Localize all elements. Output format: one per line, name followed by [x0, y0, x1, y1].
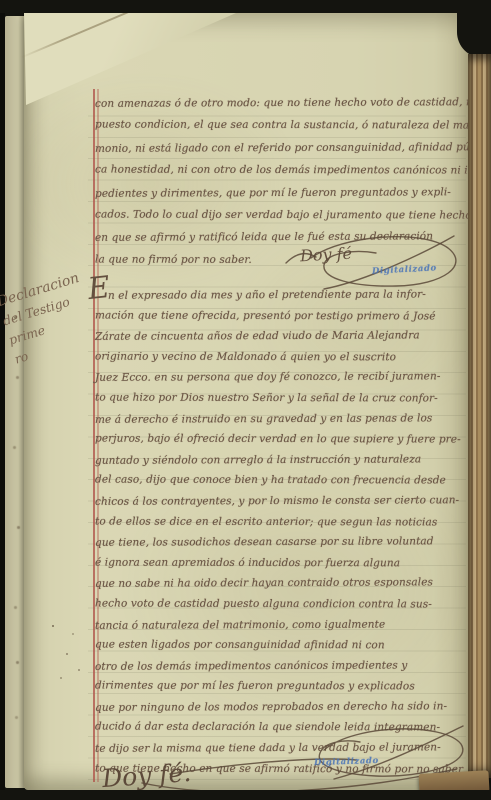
manuscript-line: to que hizo por Dios nuestro Señor y la …: [95, 391, 469, 413]
folded-corner: [24, 13, 236, 105]
manuscript-line: que no sabe ni ha oido decir hayan contr…: [95, 576, 469, 598]
manuscript-line: que esten ligados por consanguinidad afi…: [95, 639, 469, 661]
manuscript-line: hecho voto de castidad puesto alguna con…: [95, 597, 469, 619]
doy-fe-attestation: Doy fé: [300, 244, 353, 266]
manuscript-line: chicos á los contrayentes, y por lo mism…: [95, 494, 469, 516]
manuscript-line: ducido á dar esta declaración la que sie…: [95, 721, 469, 743]
manuscript-line: to de ellos se dice en el escrito anteri…: [95, 515, 469, 537]
background-top: [0, 0, 491, 13]
manuscript-line: guntado y siéndolo con arreglo á la inst…: [95, 453, 469, 475]
manuscript-line: cados. Todo lo cual dijo ser verdad bajo…: [95, 208, 469, 231]
doy-fe-closing: Doy fé.: [101, 758, 192, 793]
manuscript-line: otro de los demás impedimentos canónicos…: [95, 659, 469, 681]
manuscript-line: puesto condicion, el que sea contra la s…: [95, 119, 469, 142]
manuscript-line: Zárate de cincuenta años de edad viudo d…: [95, 329, 469, 351]
manuscript-line: monio, ni está ligado con el referido po…: [95, 141, 469, 165]
manuscript-line: perjuros, bajo él ofreció decir verdad e…: [95, 433, 469, 455]
paragraph-1: con amenazas ó de otro modo: que no tien…: [95, 97, 469, 276]
manuscript-line: en que se afirmó y ratificó leida que le…: [95, 231, 469, 255]
manuscript-line: que tiene, los susodichos desean casarse…: [95, 535, 469, 557]
manuscript-line: tancia ó naturaleza del matrimonio, como…: [95, 618, 469, 640]
manuscript-line: dirimentes que por mí les fueron pregunt…: [95, 680, 469, 702]
background-bottom: [0, 790, 491, 800]
manuscript-line: mación que tiene ofrecida, presentó por …: [95, 309, 469, 331]
ink-specks: [52, 625, 54, 627]
manuscript-line: ca honestidad, ni con otro de los demás …: [95, 164, 469, 187]
page-stack-edge: [468, 54, 491, 778]
manuscript-page: con amenazas ó de otro modo: que no tien…: [24, 12, 470, 790]
manuscript-line: con amenazas ó de otro modo: que no tien…: [95, 96, 469, 120]
manuscript-line: n el expresado dia mes y año el pretendi…: [108, 288, 469, 310]
paragraph-2: n el expresado dia mes y año el pretendi…: [108, 289, 469, 783]
manuscript-line: pedientes y dirimentes, que por mí le fu…: [95, 186, 469, 210]
manuscript-line: é ignora sean apremiados ó inducidos por…: [95, 556, 469, 578]
manuscript-photo: con amenazas ó de otro modo: que no tien…: [0, 0, 491, 800]
manuscript-line: que por ninguno de los modos reprobados …: [95, 700, 469, 722]
manuscript-line: del caso, dijo que conoce bien y ha trat…: [95, 474, 469, 496]
manuscript-line: Juez Ecco. en su persona que doy fé cono…: [95, 371, 469, 393]
manuscript-line: originario y vecino de Maldonado á quien…: [95, 350, 469, 372]
manuscript-line: me á derecho é instruido en su gravedad …: [95, 412, 469, 434]
